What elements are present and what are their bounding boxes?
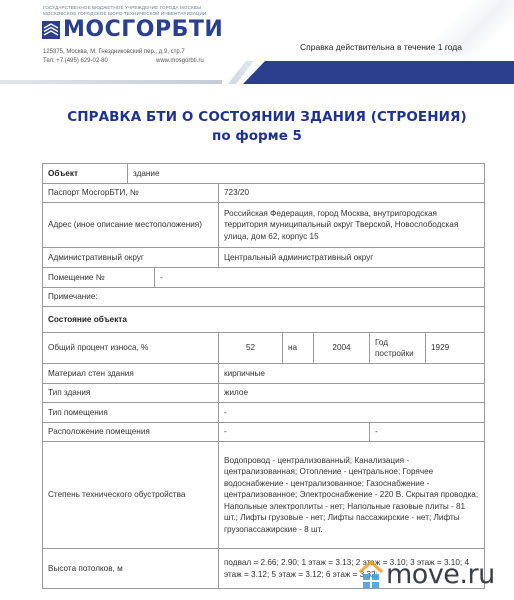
admin-district-value: Центральный административный округ (219, 248, 485, 268)
passport-value: 723/20 (219, 184, 485, 203)
row-passport: Паспорт МосгорБТИ, № 723/20 (43, 184, 485, 203)
decorative-grey-bar (0, 80, 222, 84)
wear-year: 2004 (314, 333, 370, 364)
row-premises-type: Тип помещения - (43, 403, 485, 423)
building-type-value: жилое (219, 384, 485, 403)
building-waves-logo-icon (42, 21, 60, 39)
row-admin-district: Административный округ Центральный админ… (43, 248, 485, 268)
tech-equipment-value: Водопровод - централизованный; Канализац… (219, 442, 485, 549)
premises-type-label: Тип помещения (43, 403, 219, 423)
row-premises-location: Расположение помещения - - (43, 423, 485, 442)
premises-type-value: - (219, 403, 485, 423)
row-premises-no: Помещение № - (43, 268, 485, 288)
wall-material-label: Материал стен здания (43, 364, 219, 384)
row-address: Адрес (иное описание местоположения) Рос… (43, 203, 485, 248)
row-note: Примечание: (43, 288, 485, 307)
built-year-value: 1929 (426, 333, 485, 364)
row-wear: Общий процент износа, % 52 на 2004 Год п… (43, 333, 485, 364)
wear-on-label: на (283, 333, 314, 364)
org-address: 125375, Москва, М. Гнездниковский пер., … (43, 49, 185, 55)
document-title: СПРАВКА БТИ О СОСТОЯНИИ ЗДАНИЯ (СТРОЕНИЯ… (0, 109, 514, 125)
row-state-section: Состояние объекта (43, 307, 485, 333)
building-type-label: Тип здания (43, 384, 219, 403)
org-website: www.mosgorbti.ru (156, 58, 204, 64)
row-tech-equipment: Степень технического обустройства Водопр… (43, 442, 485, 549)
logo-text: МОСГОРБТИ (63, 18, 223, 42)
address-value: Российская Федерация, город Москва, внут… (219, 203, 485, 248)
wall-material-value: кирпичные (219, 364, 485, 384)
document-subtitle: по форме 5 (0, 128, 514, 144)
premises-location-value-1: - (219, 423, 370, 442)
object-value: здание (128, 164, 485, 184)
built-year-label: Год постройки (370, 333, 426, 364)
premises-location-value-2: - (370, 423, 485, 442)
row-building-type: Тип здания жилое (43, 384, 485, 403)
object-label: Объект (43, 164, 128, 184)
premises-no-value: - (155, 268, 485, 288)
watermark-text: move.ru (386, 560, 495, 590)
house-logo-icon (358, 560, 384, 590)
state-section-heading: Состояние объекта (43, 307, 485, 333)
passport-label: Паспорт МосгорБТИ, № (43, 184, 219, 203)
move-ru-watermark: move.ru (358, 558, 495, 592)
building-info-table: Объект здание Паспорт МосгорБТИ, № 723/2… (42, 163, 485, 589)
premises-location-label: Расположение помещения (43, 423, 219, 442)
row-object: Объект здание (43, 164, 485, 184)
org-phone: Тел: +7 (495) 629-02-80 (43, 58, 108, 64)
note-label: Примечание: (43, 288, 485, 307)
org-name-line-2: Московское городское бюро технической ин… (43, 11, 206, 16)
validity-note: Справка действительна в течение 1 года (300, 42, 462, 52)
ceiling-height-label: Высота потолков, м (43, 549, 219, 589)
org-name-line-1: Государственное бюджетное учреждение гор… (43, 5, 201, 10)
tech-equipment-label: Степень технического обустройства (43, 442, 219, 549)
wear-label: Общий процент износа, % (43, 333, 219, 364)
admin-district-label: Административный округ (43, 248, 219, 268)
decorative-blue-band (243, 61, 514, 84)
mosgorbti-logo: МОСГОРБТИ (42, 18, 223, 42)
letterhead: Государственное бюджетное учреждение гор… (0, 0, 514, 95)
wear-percent: 52 (219, 333, 283, 364)
address-label: Адрес (иное описание местоположения) (43, 203, 219, 248)
row-wall-material: Материал стен здания кирпичные (43, 364, 485, 384)
premises-no-label: Помещение № (43, 268, 155, 288)
